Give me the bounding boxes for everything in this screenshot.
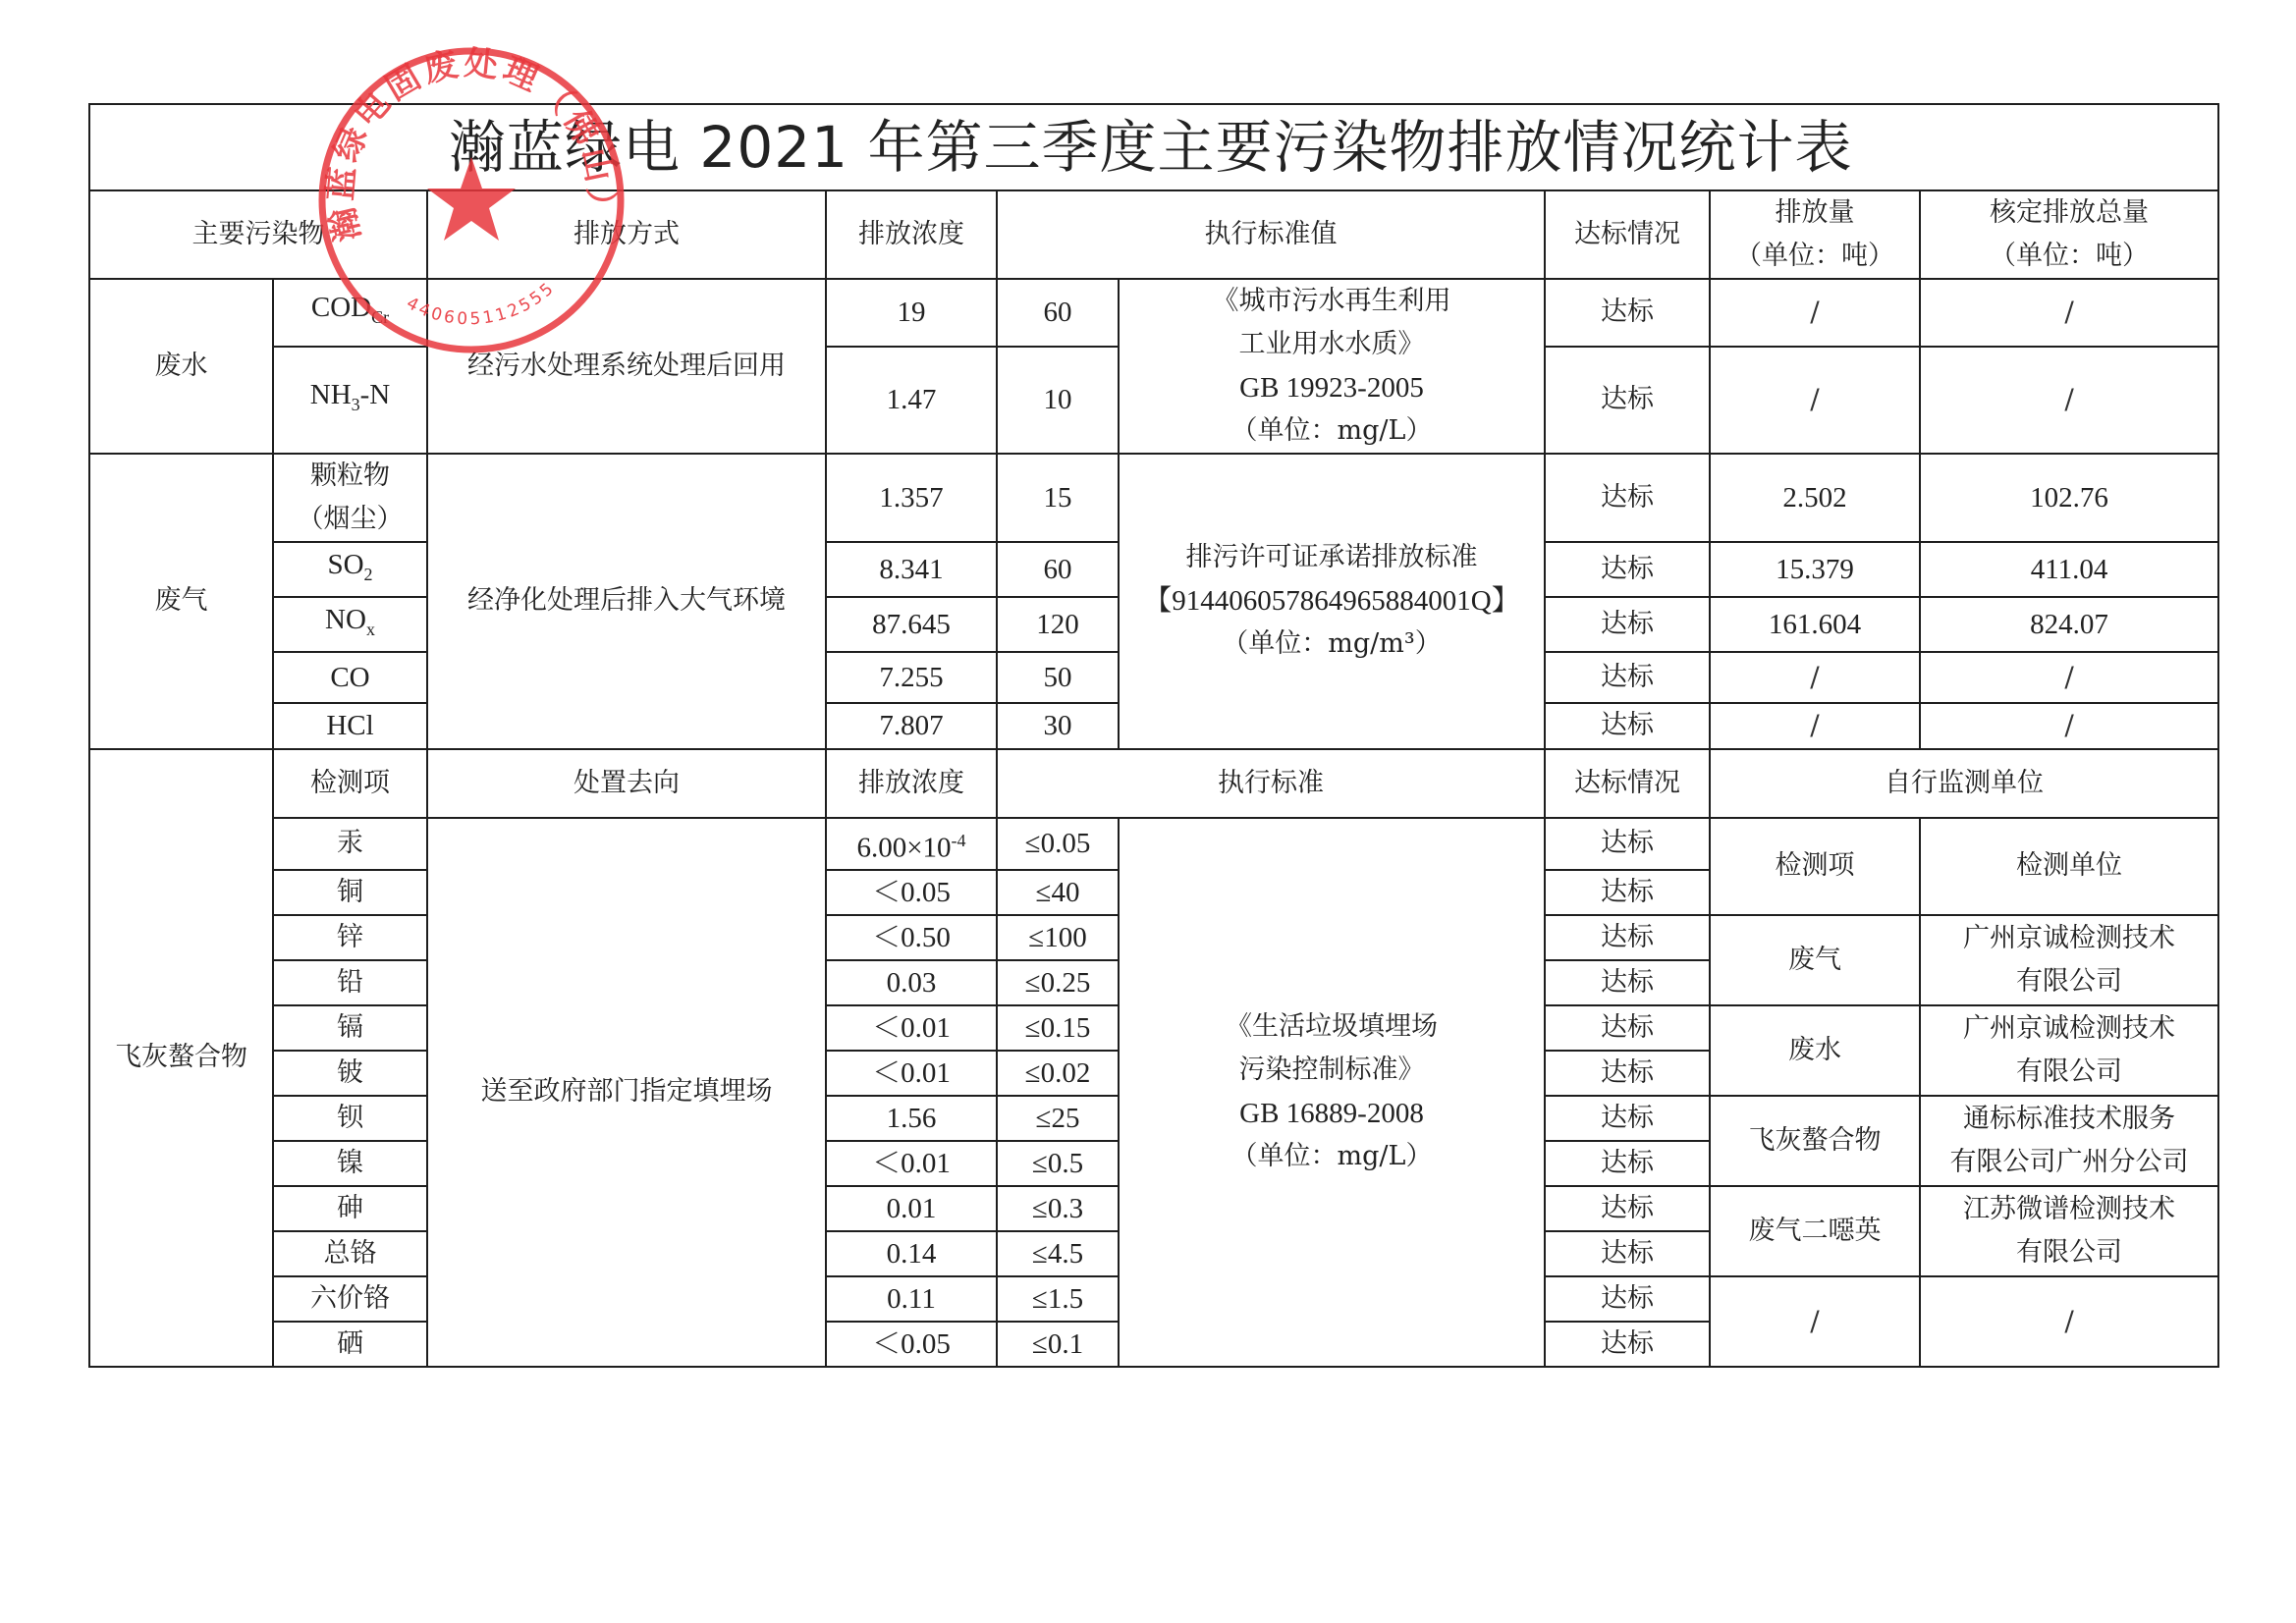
concentration-value: ＜0.01 <box>826 1005 997 1051</box>
item-name: 铍 <box>273 1051 427 1096</box>
limit-value: 50 <box>997 652 1119 703</box>
unit-line: 有限公司 <box>1925 1051 2214 1094</box>
item-cod: CODCr <box>273 279 427 347</box>
standard-line: （单位：mg/L） <box>1123 1135 1540 1178</box>
category-fly-ash: 飞灰螯合物 <box>89 749 273 1368</box>
waste-gas-method: 经净化处理后排入大气环境 <box>427 454 826 749</box>
limit-value: 15 <box>997 454 1119 542</box>
item-nox: NOx <box>273 597 427 652</box>
standard-line: 排污许可证承诺排放标准 <box>1123 536 1540 579</box>
compliance-status: 达标 <box>1545 279 1710 347</box>
limit-value: 30 <box>997 703 1119 749</box>
item-name: 锌 <box>273 915 427 960</box>
monitoring-unit: 广州京诚检测技术 有限公司 <box>1920 915 2218 1005</box>
waste-gas-standard: 排污许可证承诺排放标准 【914406057864965884001Q】 （单位… <box>1119 454 1545 749</box>
limit-value: ≤0.02 <box>997 1051 1119 1096</box>
header-approved-total-line1: 核定排放总量 <box>1925 191 2214 235</box>
limit-value: ≤0.05 <box>997 818 1119 871</box>
concentration-value: 7.255 <box>826 652 997 703</box>
header-approved-total: 核定排放总量 （单位：吨） <box>1920 190 2218 279</box>
concentration-value: ＜0.01 <box>826 1141 997 1186</box>
limit-value: 60 <box>997 279 1119 347</box>
header-emission-amount: 排放量 （单位：吨） <box>1710 190 1920 279</box>
concentration-value: ＜0.05 <box>826 870 997 915</box>
concentration-value: 6.00×10-4 <box>826 818 997 871</box>
header-emission-amount-line2: （单位：吨） <box>1715 235 1915 278</box>
emission-amount: 15.379 <box>1710 542 1920 597</box>
item-line: （烟尘） <box>278 498 422 541</box>
emission-amount: / <box>1710 279 1920 347</box>
header-concentration: 排放浓度 <box>826 749 997 818</box>
table-row: 废气 颗粒物 （烟尘） 经净化处理后排入大气环境 1.357 15 排污许可证承… <box>89 454 2218 542</box>
unit-line: 有限公司 <box>1925 1231 2214 1274</box>
monitoring-item: 废水 <box>1710 1005 1920 1096</box>
standard-line: 工业用水水质》 <box>1123 323 1540 366</box>
table-row: 废水 CODCr 经污水处理系统处理后回用 19 60 《城市污水再生利用 工业… <box>89 279 2218 347</box>
table-row: 汞 送至政府部门指定填埋场 6.00×10-4 ≤0.05 《生活垃圾填埋场 污… <box>89 818 2218 871</box>
standard-line: 污染控制标准》 <box>1123 1049 1540 1092</box>
item-name: 钡 <box>273 1096 427 1141</box>
compliance-status: 达标 <box>1545 597 1710 652</box>
approved-total: / <box>1920 279 2218 347</box>
header-pollutant: 主要污染物 <box>89 190 427 279</box>
limit-value: ≤4.5 <box>997 1231 1119 1276</box>
concentration-value: 0.14 <box>826 1231 997 1276</box>
monitoring-header-unit: 检测单位 <box>1920 818 2218 916</box>
standard-line: GB 19923-2005 <box>1123 366 1540 409</box>
emission-amount: 2.502 <box>1710 454 1920 542</box>
unit-line: 广州京诚检测技术 <box>1925 1007 2214 1051</box>
table-title: 瀚蓝绿电 2021 年第三季度主要污染物排放情况统计表 <box>89 104 2218 190</box>
approved-total: / <box>1920 652 2218 703</box>
monitoring-header-item: 检测项 <box>1710 818 1920 916</box>
statistics-sheet: 瀚蓝绿电 2021 年第三季度主要污染物排放情况统计表 主要污染物 排放方式 排… <box>88 103 2217 1368</box>
concentration-value: 19 <box>826 279 997 347</box>
concentration-value: 7.807 <box>826 703 997 749</box>
approved-total: 411.04 <box>1920 542 2218 597</box>
concentration-value: 0.11 <box>826 1276 997 1322</box>
limit-value: ≤1.5 <box>997 1276 1119 1322</box>
standard-code: 【914406057864965884001Q】 <box>1123 579 1540 622</box>
concentration-value: 87.645 <box>826 597 997 652</box>
compliance-status: 达标 <box>1545 347 1710 454</box>
limit-value: 60 <box>997 542 1119 597</box>
item-name: 六价铬 <box>273 1276 427 1322</box>
standard-line: 《城市污水再生利用 <box>1123 280 1540 323</box>
monitoring-unit: 通标标准技术服务 有限公司广州分公司 <box>1920 1096 2218 1186</box>
header-approved-total-line2: （单位：吨） <box>1925 235 2214 278</box>
emission-amount: / <box>1710 652 1920 703</box>
item-name: 镍 <box>273 1141 427 1186</box>
concentration-value: 1.47 <box>826 347 997 454</box>
compliance-status: 达标 <box>1545 703 1710 749</box>
unit-line: 有限公司广州分公司 <box>1925 1141 2214 1184</box>
item-name: 汞 <box>273 818 427 871</box>
monitoring-unit: 江苏微谱检测技术 有限公司 <box>1920 1186 2218 1276</box>
compliance-status: 达标 <box>1545 1005 1710 1051</box>
limit-value: ≤100 <box>997 915 1119 960</box>
compliance-status: 达标 <box>1545 454 1710 542</box>
limit-value: ≤25 <box>997 1096 1119 1141</box>
category-wastewater: 废水 <box>89 279 273 454</box>
item-hcl: HCl <box>273 703 427 749</box>
wastewater-standard: 《城市污水再生利用 工业用水水质》 GB 19923-2005 （单位：mg/L… <box>1119 279 1545 454</box>
fly-ash-standard: 《生活垃圾填埋场 污染控制标准》 GB 16889-2008 （单位：mg/L） <box>1119 818 1545 1368</box>
standard-line: GB 16889-2008 <box>1123 1092 1540 1135</box>
limit-value: ≤40 <box>997 870 1119 915</box>
concentration-value: 0.01 <box>826 1186 997 1231</box>
approved-total: / <box>1920 347 2218 454</box>
fly-ash-disposal: 送至政府部门指定填埋场 <box>427 818 826 1368</box>
emission-amount: / <box>1710 347 1920 454</box>
item-name: 铅 <box>273 960 427 1005</box>
approved-total: 102.76 <box>1920 454 2218 542</box>
header-emission-amount-line1: 排放量 <box>1715 191 1915 235</box>
fly-ash-header-row: 飞灰螯合物 检测项 处置去向 排放浓度 执行标准 达标情况 自行监测单位 <box>89 749 2218 818</box>
compliance-status: 达标 <box>1545 1276 1710 1322</box>
limit-value: ≤0.15 <box>997 1005 1119 1051</box>
compliance-status: 达标 <box>1545 1231 1710 1276</box>
unit-line: 有限公司 <box>1925 960 2214 1003</box>
header-discharge-method: 排放方式 <box>427 190 826 279</box>
item-co: CO <box>273 652 427 703</box>
concentration-value: 0.03 <box>826 960 997 1005</box>
emission-amount: 161.604 <box>1710 597 1920 652</box>
concentration-value: ＜0.50 <box>826 915 997 960</box>
limit-value: ≤0.25 <box>997 960 1119 1005</box>
header-compliance: 达标情况 <box>1545 190 1710 279</box>
compliance-status: 达标 <box>1545 818 1710 871</box>
header-standard: 执行标准 <box>997 749 1545 818</box>
limit-value: ≤0.1 <box>997 1322 1119 1367</box>
compliance-status: 达标 <box>1545 915 1710 960</box>
compliance-status: 达标 <box>1545 870 1710 915</box>
item-name: 砷 <box>273 1186 427 1231</box>
item-line: 颗粒物 <box>278 455 422 498</box>
header-row: 主要污染物 排放方式 排放浓度 执行标准值 达标情况 排放量 （单位：吨） 核定… <box>89 190 2218 279</box>
header-monitoring-unit: 自行监测单位 <box>1710 749 2218 818</box>
concentration-value: ＜0.05 <box>826 1322 997 1367</box>
compliance-status: 达标 <box>1545 652 1710 703</box>
wastewater-method: 经污水处理系统处理后回用 <box>427 279 826 454</box>
item-name: 硒 <box>273 1322 427 1367</box>
header-standard-value: 执行标准值 <box>997 190 1545 279</box>
header-disposal: 处置去向 <box>427 749 826 818</box>
limit-value: ≤0.5 <box>997 1141 1119 1186</box>
pollutant-emission-table: 瀚蓝绿电 2021 年第三季度主要污染物排放情况统计表 主要污染物 排放方式 排… <box>88 103 2219 1368</box>
monitoring-item: 飞灰螯合物 <box>1710 1096 1920 1186</box>
compliance-status: 达标 <box>1545 542 1710 597</box>
emission-amount: / <box>1710 703 1920 749</box>
compliance-status: 达标 <box>1545 1096 1710 1141</box>
compliance-status: 达标 <box>1545 1322 1710 1367</box>
unit-line: 广州京诚检测技术 <box>1925 917 2214 960</box>
standard-line: 《生活垃圾填埋场 <box>1123 1005 1540 1049</box>
compliance-status: 达标 <box>1545 1186 1710 1231</box>
item-nh3n: NH3-N <box>273 347 427 454</box>
unit-line: 江苏微谱检测技术 <box>1925 1188 2214 1231</box>
concentration-value: 8.341 <box>826 542 997 597</box>
item-name: 铜 <box>273 870 427 915</box>
compliance-status: 达标 <box>1545 1051 1710 1096</box>
category-waste-gas: 废气 <box>89 454 273 749</box>
item-particulate: 颗粒物 （烟尘） <box>273 454 427 542</box>
limit-value: 10 <box>997 347 1119 454</box>
concentration-value: 1.357 <box>826 454 997 542</box>
approved-total: / <box>1920 703 2218 749</box>
standard-line: （单位：mg/m³） <box>1123 622 1540 666</box>
limit-value: ≤0.3 <box>997 1186 1119 1231</box>
compliance-status: 达标 <box>1545 960 1710 1005</box>
concentration-value: ＜0.01 <box>826 1051 997 1096</box>
monitoring-item: / <box>1710 1276 1920 1367</box>
unit-line: 通标标准技术服务 <box>1925 1098 2214 1141</box>
concentration-value: 1.56 <box>826 1096 997 1141</box>
item-so2: SO2 <box>273 542 427 597</box>
header-concentration: 排放浓度 <box>826 190 997 279</box>
item-name: 总铬 <box>273 1231 427 1276</box>
header-item: 检测项 <box>273 749 427 818</box>
header-compliance: 达标情况 <box>1545 749 1710 818</box>
monitoring-unit: / <box>1920 1276 2218 1367</box>
approved-total: 824.07 <box>1920 597 2218 652</box>
monitoring-unit: 广州京诚检测技术 有限公司 <box>1920 1005 2218 1096</box>
limit-value: 120 <box>997 597 1119 652</box>
standard-line: （单位：mg/L） <box>1123 409 1540 453</box>
monitoring-item: 废气二噁英 <box>1710 1186 1920 1276</box>
item-name: 镉 <box>273 1005 427 1051</box>
compliance-status: 达标 <box>1545 1141 1710 1186</box>
monitoring-item: 废气 <box>1710 915 1920 1005</box>
